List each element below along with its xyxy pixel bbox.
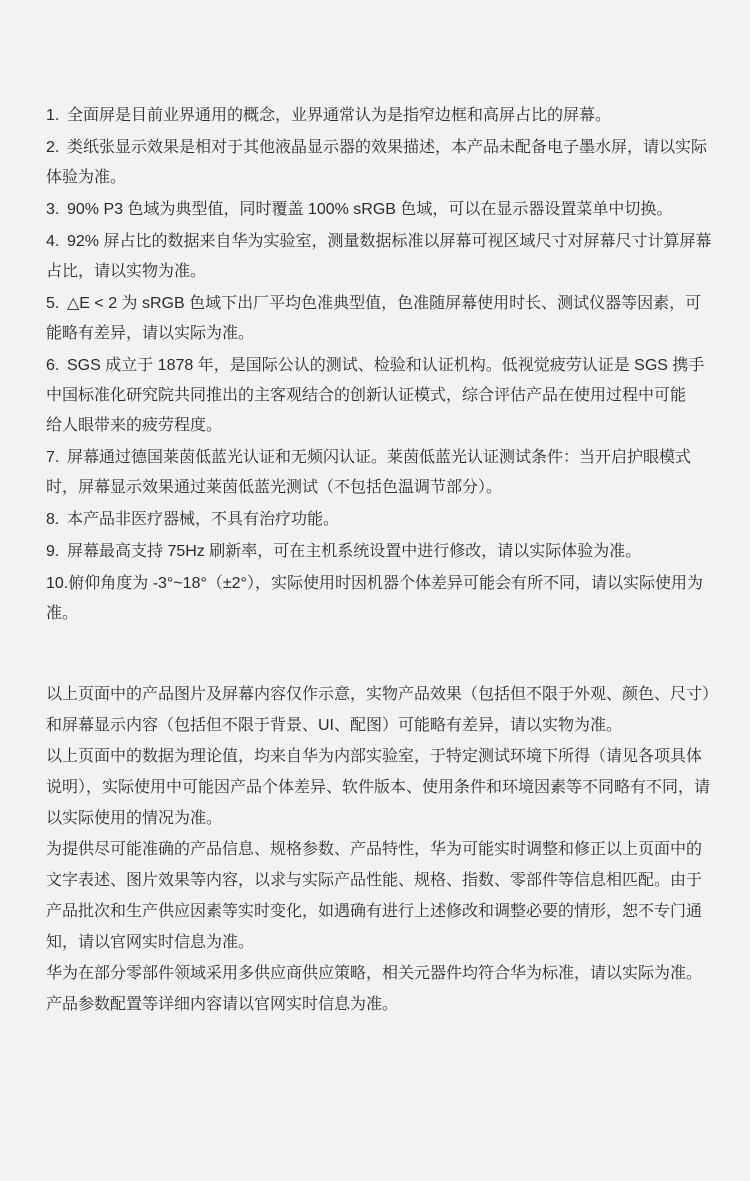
footnote-number: 4.: [46, 227, 67, 257]
footnote-item: 3.90% P3 色域为典型值，同时覆盖 100% sRGB 色域，可以在显示器…: [46, 195, 712, 225]
footnote-number: 6.: [46, 351, 67, 381]
footnote-text: 屏幕通过德国莱茵低蓝光认证和无频闪认证。莱茵低蓝光认证测试条件：当开启护眼模式时…: [46, 449, 691, 496]
footnote-text: △E < 2 为 sRGB 色域下出厂平均色准典型值，色准随屏幕使用时长、测试仪…: [46, 295, 701, 342]
footnote-number: 5.: [46, 289, 67, 319]
footnote-text: 90% P3 色域为典型值，同时覆盖 100% sRGB 色域，可以在显示器设置…: [67, 201, 672, 218]
footnote-item: 2.类纸张显示效果是相对于其他液晶显示器的效果描述，本产品未配备电子墨水屏，请以…: [46, 133, 712, 193]
footnote-item: 8.本产品非医疗器械，不具有治疗功能。: [46, 505, 712, 535]
footnote-text: 本产品非医疗器械，不具有治疗功能。: [67, 511, 339, 528]
footnote-text: SGS 成立于 1878 年，是国际公认的测试、检验和认证机构。低视觉疲劳认证是…: [46, 357, 704, 434]
footnote-text: 全面屏是目前业界通用的概念，业界通常认为是指窄边框和高屏占比的屏幕。: [67, 107, 611, 124]
disclaimer-paragraph: 以上页面中的产品图片及屏幕内容仅作示意，实物产品效果（包括但不限于外观、颜色、尺…: [46, 679, 712, 741]
footnote-number: 3.: [46, 195, 67, 225]
footnote-item: 6.SGS 成立于 1878 年，是国际公认的测试、检验和认证机构。低视觉疲劳认…: [46, 351, 712, 441]
footnote-item: 9.屏幕最高支持 75Hz 刷新率，可在主机系统设置中进行修改，请以实际体验为准…: [46, 537, 712, 567]
footnote-text: 92% 屏占比的数据来自华为实验室，测量数据标准以屏幕可视区域尺寸对屏幕尺寸计算…: [46, 233, 711, 280]
footnote-number: 1.: [46, 101, 67, 131]
disclaimer-paragraph: 为提供尽可能准确的产品信息、规格参数、产品特性，华为可能实时调整和修正以上页面中…: [46, 834, 712, 958]
footnote-number: 2.: [46, 133, 67, 163]
footnote-number: 7.: [46, 443, 67, 473]
legal-disclaimer-paragraphs: 以上页面中的产品图片及屏幕内容仅作示意，实物产品效果（包括但不限于外观、颜色、尺…: [46, 679, 712, 1020]
footnote-text: 俯仰角度为 -3°~18°（±2°），实际使用时因机器个体差异可能会有所不同，请…: [46, 575, 703, 622]
disclaimer-paragraph: 以上页面中的数据为理论值，均来自华为内部实验室，于特定测试环境下所得（请见各项具…: [46, 741, 712, 834]
footnote-number: 8.: [46, 505, 67, 535]
footnotes-list: 1.全面屏是目前业界通用的概念，业界通常认为是指窄边框和高屏占比的屏幕。 2.类…: [46, 101, 712, 629]
disclaimer-page-content: 1.全面屏是目前业界通用的概念，业界通常认为是指窄边框和高屏占比的屏幕。 2.类…: [46, 101, 712, 1020]
disclaimer-paragraph: 华为在部分零部件领域采用多供应商供应策略，相关元器件均符合华为标准，请以实际为准…: [46, 958, 712, 1020]
footnote-item: 1.全面屏是目前业界通用的概念，业界通常认为是指窄边框和高屏占比的屏幕。: [46, 101, 712, 131]
footnote-number: 10.: [46, 569, 68, 599]
footnote-item: 7.屏幕通过德国莱茵低蓝光认证和无频闪认证。莱茵低蓝光认证测试条件：当开启护眼模…: [46, 443, 712, 503]
footnote-item: 4.92% 屏占比的数据来自华为实验室，测量数据标准以屏幕可视区域尺寸对屏幕尺寸…: [46, 227, 712, 287]
footnote-text: 屏幕最高支持 75Hz 刷新率，可在主机系统设置中进行修改，请以实际体验为准。: [67, 543, 641, 560]
footnote-text: 类纸张显示效果是相对于其他液晶显示器的效果描述，本产品未配备电子墨水屏，请以实际…: [46, 139, 707, 186]
footnote-item: 5.△E < 2 为 sRGB 色域下出厂平均色准典型值，色准随屏幕使用时长、测…: [46, 289, 712, 349]
footnote-number: 9.: [46, 537, 67, 567]
footnote-item: 10.俯仰角度为 -3°~18°（±2°），实际使用时因机器个体差异可能会有所不…: [46, 569, 712, 629]
